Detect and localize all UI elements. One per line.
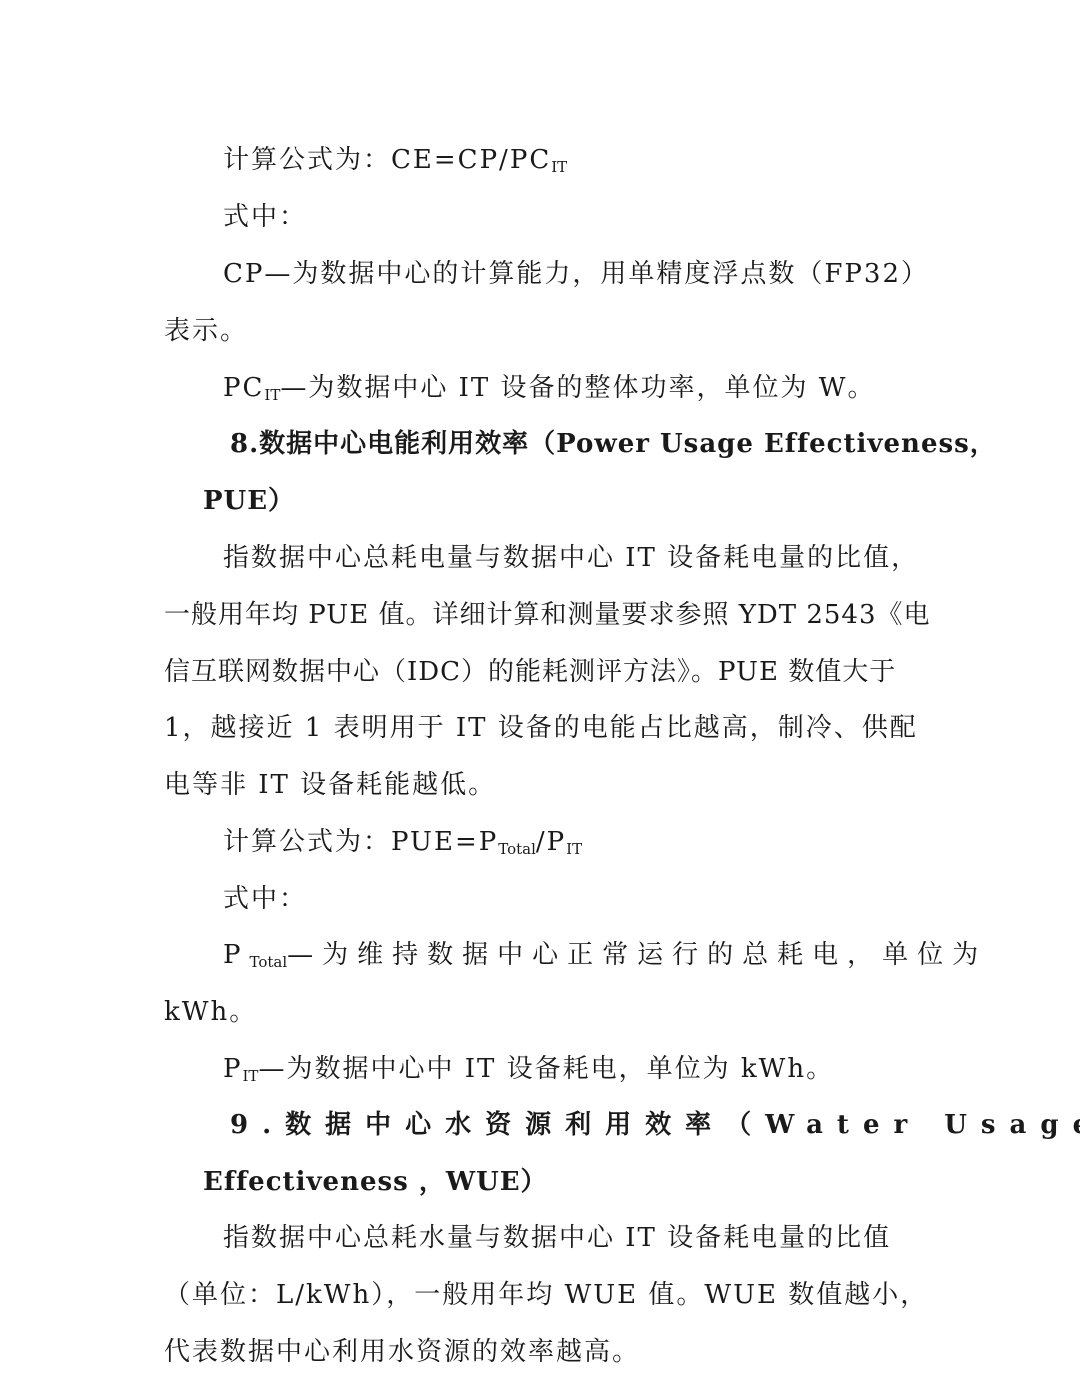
- pue-heading-line1: 8.数据中心电能利用效率（Power Usage Effectiveness，: [230, 427, 997, 461]
- symbol-subscript: IT: [243, 1067, 259, 1085]
- formula-expression: CE=CP/PC: [391, 145, 551, 175]
- symbol-base: P: [223, 940, 250, 970]
- cp-definition-line2: 表示。: [164, 314, 248, 348]
- wue-body-line3: 代表数据中心利用水资源的效率越高。: [164, 1335, 640, 1369]
- definition-text: —为数据中心中 IT 设备耗电，单位为 kWh。: [258, 1054, 834, 1084]
- definition-text: —为数据中心 IT 设备的整体功率，单位为 W。: [280, 373, 875, 403]
- wue-heading-line2: Effectiveness ，WUE）: [203, 1165, 548, 1199]
- pcit-definition: PCIT—为数据中心 IT 设备的整体功率，单位为 W。: [223, 371, 875, 412]
- formula-subscript: Total: [498, 840, 536, 858]
- formula-expression: /P: [536, 827, 566, 857]
- wue-heading-line1: 9.数据中心水资源利用效率（Water Usage: [230, 1108, 1080, 1142]
- cp-definition-line1: CP—为数据中心的计算能力，用单精度浮点数（FP32）: [223, 257, 929, 291]
- where-label: 式中：: [223, 200, 307, 234]
- symbol-base: P: [223, 1054, 243, 1084]
- pue-body-line4: 1，越接近 1 表明用于 IT 设备的电能占比越高，制冷、供配: [164, 711, 918, 745]
- where-label: 式中：: [223, 882, 307, 916]
- formula-label: 计算公式为：: [223, 827, 391, 857]
- pue-body-line5: 电等非 IT 设备耗能越低。: [164, 768, 496, 802]
- pue-body-line2: 一般用年均 PUE 值。详细计算和测量要求参照 YDT 2543《电: [164, 598, 931, 632]
- definition-text: —为维持数据中心正常运行的总耗电，单位为: [287, 940, 987, 970]
- pue-formula: 计算公式为：PUE=PTotal/PIT: [223, 825, 582, 866]
- pit-definition: PIT—为数据中心中 IT 设备耗电，单位为 kWh。: [223, 1052, 834, 1093]
- formula-subscript: IT: [566, 840, 582, 858]
- formula-expression: PUE=P: [391, 827, 498, 857]
- ptotal-definition-line2: kWh。: [164, 995, 257, 1029]
- formula-subscript: IT: [551, 158, 567, 176]
- pue-body-line3: 信互联网数据中心（IDC）的能耗测评方法》。PUE 数值大于: [164, 655, 896, 689]
- pue-body-line1: 指数据中心总耗电量与数据中心 IT 设备耗电量的比值，: [223, 541, 919, 575]
- symbol-base: PC: [223, 373, 264, 403]
- symbol-subscript: IT: [264, 386, 280, 404]
- symbol-subscript: Total: [250, 953, 288, 971]
- ce-formula: 计算公式为：CE=CP/PCIT: [223, 143, 567, 184]
- document-page: 计算公式为：CE=CP/PCIT 式中： CP—为数据中心的计算能力，用单精度浮…: [0, 0, 1080, 1383]
- formula-label: 计算公式为：: [223, 145, 391, 175]
- pue-heading-line2: PUE）: [203, 484, 295, 518]
- ptotal-definition: PTotal—为维持数据中心正常运行的总耗电，单位为: [223, 938, 987, 979]
- wue-body-line2: （单位：L/kWh），一般用年均 WUE 值。WUE 数值越小，: [164, 1278, 928, 1312]
- wue-body-line1: 指数据中心总耗水量与数据中心 IT 设备耗电量的比值: [223, 1221, 891, 1255]
